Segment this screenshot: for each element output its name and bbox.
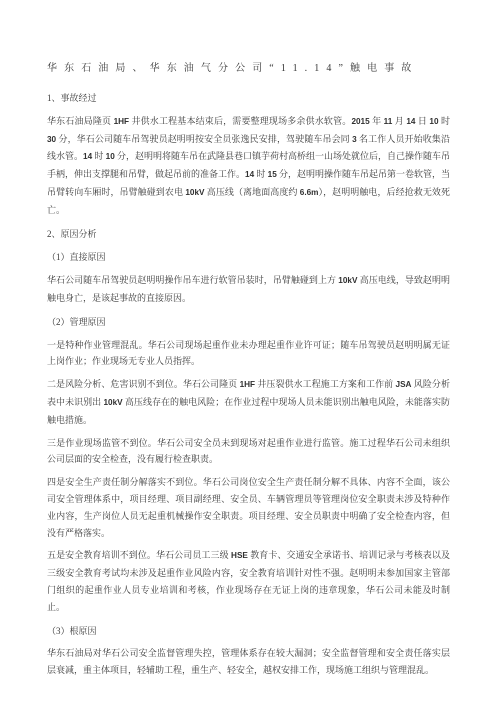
paragraph-management-cause-1: 一是特种作业管理混乱。华石公司现场起重作业未办理起重作业许可证；随车吊驾驶员赵明… bbox=[47, 337, 450, 371]
heading-direct-cause: （1）直接原因 bbox=[47, 249, 450, 266]
document-title: 华东石油局、华东油气分公司“11.14”触电事故 bbox=[47, 60, 457, 77]
document-page: { "page": { "background": "#ffffff", "te… bbox=[0, 0, 496, 702]
paragraph-accident-course: 华东石油局隆页 1HF 井供水工程基本结束后，需要整理现场多余供水软管。2015… bbox=[47, 113, 450, 219]
paragraph-direct-cause: 华石公司随车吊驾驶员赵明明操作吊车进行软管吊装时，吊臂触碰到上方 10kV 高压… bbox=[47, 272, 450, 307]
paragraph-management-cause-2: 二是风险分析、危害识别不到位。华石公司隆页 1HF 井压裂供水工程施工方案和工作… bbox=[47, 376, 450, 428]
heading-accident-course: 1、事故经过 bbox=[47, 90, 450, 107]
paragraph-management-cause-5: 五是安全教育培训不到位。华石公司员工三级 HSE 教育卡、交通安全承诺书、培训记… bbox=[47, 547, 450, 615]
heading-root-cause: （3）根原因 bbox=[47, 623, 450, 640]
document-body: 华东石油局、华东油气分公司“11.14”触电事故 1、事故经过 华东石油局隆页 … bbox=[0, 0, 496, 679]
heading-management-cause: （2）管理原因 bbox=[47, 314, 450, 331]
paragraph-management-cause-4: 四是安全生产责任制分解落实不到位。华石公司岗位安全生产责任制分解不具体、内容不全… bbox=[47, 474, 450, 541]
heading-cause-analysis: 2、原因分析 bbox=[47, 226, 450, 243]
paragraph-management-cause-3: 三是作业现场监管不到位。华石公司安全员未到现场对起重作业进行监管。施工过程华石公… bbox=[47, 435, 450, 469]
paragraph-root-cause: 华东石油局对华石公司安全监督管理失控，管理体系存在较大漏洞；安全监督管理和安全责… bbox=[47, 645, 450, 679]
